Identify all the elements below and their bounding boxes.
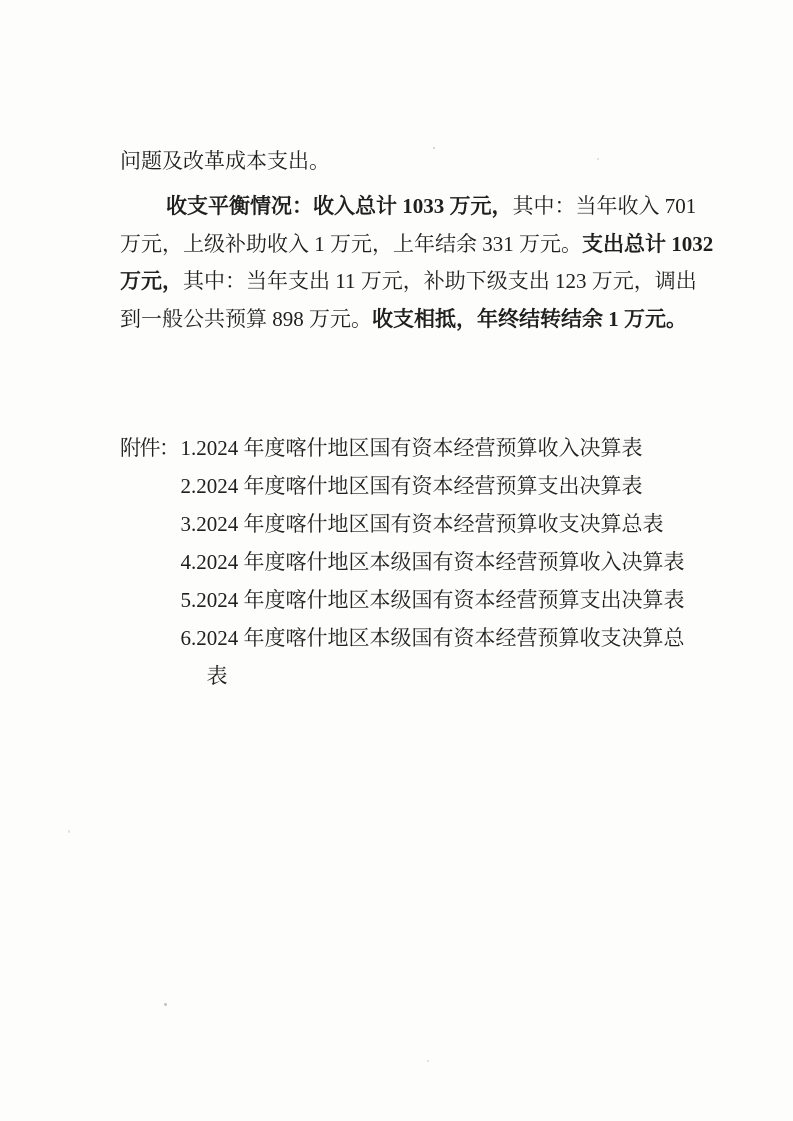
bold-text: 支出总计 1032	[582, 232, 713, 256]
paragraph-line: 万元，其中：当年支出 11 万元，补助下级支出 123 万元，调出	[120, 263, 677, 301]
attachment-item: 3.2024 年度喀什地区国有资本经营预算收支决算总表	[181, 505, 685, 543]
bold-text: 收支相抵，年终结转结余 1 万元。	[372, 307, 687, 331]
scan-speck	[68, 830, 70, 833]
scan-speck	[433, 147, 435, 149]
balance-summary-paragraph: 收支平衡情况：收入总计 1033 万元，其中：当年收入 701 万元，上级补助收…	[120, 188, 677, 338]
attachments-list: 附件： 1.2024 年度喀什地区国有资本经营预算收入决算表 2.2024 年度…	[120, 429, 685, 695]
attachments-label: 附件：	[120, 429, 181, 467]
body-text: 到一般公共预算 898 万元。	[120, 307, 372, 331]
paragraph-continuation-line: 问题及改革成本支出。	[120, 142, 677, 180]
paragraph-line: 收支平衡情况：收入总计 1033 万元，其中：当年收入 701	[120, 188, 677, 226]
scan-speck	[164, 1003, 167, 1006]
attachment-item: 2.2024 年度喀什地区国有资本经营预算支出决算表	[181, 467, 685, 505]
attachment-item: 6.2024 年度喀什地区本级国有资本经营预算收支决算总	[181, 619, 685, 657]
scanned-document-page: 问题及改革成本支出。 收支平衡情况：收入总计 1033 万元，其中：当年收入 7…	[0, 0, 793, 1121]
paragraph-line: 万元，上级补助收入 1 万元，上年结余 331 万元。支出总计 1032	[120, 226, 677, 264]
body-text: 其中：当年收入 701	[513, 194, 697, 218]
bold-text: 万元，	[120, 269, 183, 293]
attachment-item: 4.2024 年度喀什地区本级国有资本经营预算收入决算表	[181, 543, 685, 581]
body-text: 其中：当年支出 11 万元，补助下级支出 123 万元，调出	[183, 269, 697, 293]
bold-text: 收支平衡情况：收入总计 1033 万元，	[166, 194, 513, 218]
attachment-item: 1.2024 年度喀什地区国有资本经营预算收入决算表	[181, 429, 685, 467]
attachment-items: 1.2024 年度喀什地区国有资本经营预算收入决算表 2.2024 年度喀什地区…	[181, 429, 685, 695]
body-text: 问题及改革成本支出。	[120, 149, 330, 173]
body-text: 万元，上级补助收入 1 万元，上年结余 331 万元。	[120, 232, 582, 256]
attachment-item-continuation: 表	[181, 657, 685, 695]
attachment-item: 5.2024 年度喀什地区本级国有资本经营预算支出决算表	[181, 581, 685, 619]
scan-speck	[427, 1060, 429, 1062]
paragraph-line: 到一般公共预算 898 万元。收支相抵，年终结转结余 1 万元。	[120, 301, 677, 339]
scan-speck	[597, 158, 599, 160]
